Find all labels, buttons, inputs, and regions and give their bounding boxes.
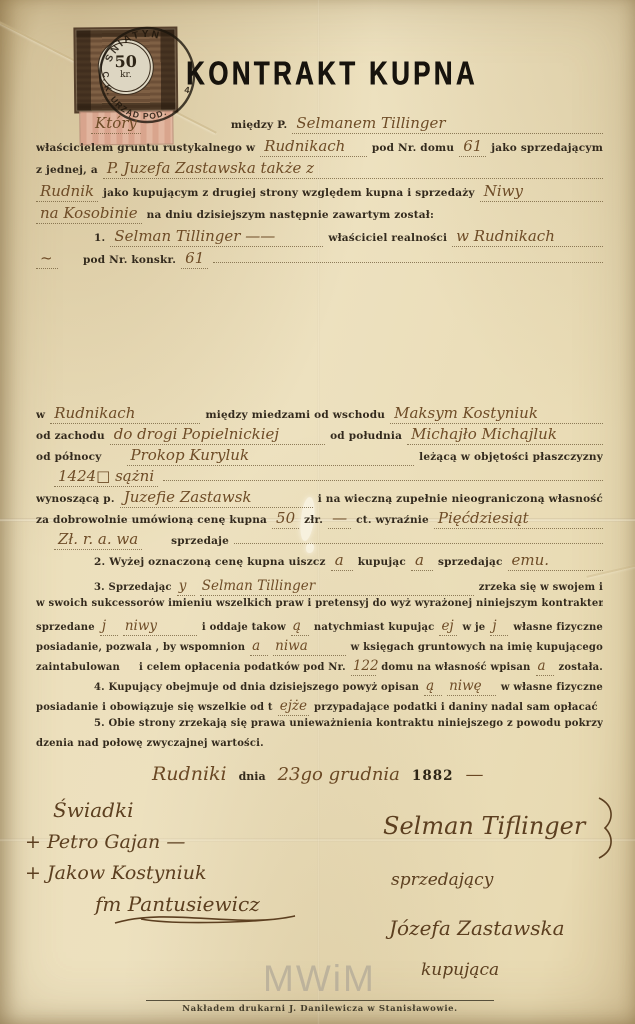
form-line: 2. Wyżej oznaczoną cenę kupna uiszczakup… [36,551,603,572]
witness-signature: + Petro Gajan — [25,831,303,853]
printed-form-text: na dniu dzisiejszym następnie zawartym z… [147,209,434,221]
printed-form-text: wynoszącą p. [36,493,115,505]
printed-form-text: 4. Kupujący obejmuje od dnia dzisiejszeg… [94,682,419,693]
handwritten-entry: niwy [123,618,197,636]
form-line: posiadanie, pozwala , by wspomnionaniwaw… [36,638,603,658]
clerk-signature: fm Pantusiewicz [95,892,303,928]
form-line: 4. Kupujący obejmuje od dnia dzisiejszeg… [36,678,603,698]
handwritten-entry: do drogi Popielnickiej [110,425,325,445]
printed-form-text: sprzedaje [171,535,229,547]
handwritten-entry: niwa [273,638,345,656]
printed-form-text: przypadające podatki i daniny nadal sam … [314,702,598,713]
handwritten-entry: Rudnik [36,182,98,202]
printed-form-text: w własne fizyczne [501,682,603,693]
handwritten-entry: Selmanem Tillinger [292,114,603,134]
handwritten-entry: a [536,658,554,676]
form-line: z jednej, aP. Juzefa Zastawska także z [36,159,603,182]
printed-form-text: i celem opłacenia podatków pod Nr. [139,662,346,673]
handwritten-entry [163,479,603,481]
handwritten-entry: P. Juzefa Zastawska także z [103,159,603,179]
printed-form-text: od zachodu [36,430,105,442]
printed-form-text: między miedzami od wschodu [205,409,385,421]
printed-form-text: w swoich sukcessorów imieniu wszelkich p… [36,598,603,609]
form-line: sprzedanejniwyi oddaje takowąnatychmiast… [36,618,603,638]
handwritten-entry: j [490,618,508,636]
printed-form-text: ct. wyraźnie [356,514,429,526]
handwritten-entry: Selman Tillinger —— [110,227,323,247]
handwritten-entry [234,542,603,544]
printed-form-text: 1. [94,232,105,244]
witnesses-header: Świadki [53,798,303,822]
dateline-date: 23go grudnia [278,764,400,785]
handwritten-entry: a [250,638,268,656]
form-line: wynoszącą p.Juzefie Zastawski na wieczną… [36,488,603,509]
handwritten-entry: 61 [459,137,486,157]
handwritten-entry: niwę [447,678,496,696]
form-line: wRudnikachmiędzy miedzami od wschoduMaks… [36,404,603,425]
dateline-place: Rudniki [152,763,227,785]
printed-form-text: sprzedając [438,556,503,568]
printed-form-text: między P. [231,119,287,131]
parcel-description-section: wRudnikachmiędzy miedzami od wschoduMaks… [36,404,603,572]
handwritten-entry: Selman Tillinger [200,578,474,596]
footer-rule [146,1000,494,1001]
printed-form-text: własne fizyczne [513,622,603,633]
handwritten-entry: w Rudnikach [452,227,603,247]
handwritten-entry: Rudnikach [50,404,200,424]
handwritten-entry: ej [439,618,457,636]
printed-form-text: pod Nr. konskr. [83,254,176,266]
form-line: od północyProkop Kurylukleżącą w objętoś… [36,446,603,467]
seller-signature-text: Selman Tiflinger [383,812,585,840]
form-line: dzenia nad połowę zwyczajnej wartości. [36,738,603,758]
printed-form-text: dzenia nad połowę zwyczajnej wartości. [36,738,264,749]
printed-form-text: kupując [358,556,406,568]
form-line: 5. Obie strony zrzekają się prawa uniewa… [36,718,603,738]
signature-brace-flourish [595,796,617,860]
handwritten-entry: 1424□ sążni [54,467,158,487]
dateline-dnia-label: dnia [239,770,266,783]
form-line: w swoich sukcessorów imieniu wszelkich p… [36,598,603,618]
handwritten-entry: ą [424,678,442,696]
handwritten-entry: ą [291,618,309,636]
handwritten-entry: Juzefie Zastawsk [120,488,313,508]
handwritten-entry: y [177,578,195,596]
printed-form-text: od południa [330,430,402,442]
form-line: Którymiędzy P.Selmanem Tillinger [36,114,603,137]
printed-form-text: została. [559,662,604,673]
buyer-role: kupująca [421,960,617,980]
form-line: ~pod Nr. konskr.61 [36,249,603,272]
printed-form-text: w je [462,622,485,633]
form-line: Zł. r. a. wasprzedaje [36,530,603,551]
dateline: Rudniki dnia 23go grudnia 1882 — [152,763,484,785]
handwritten-entry: emu. [508,551,603,571]
handwritten-entry: Zł. r. a. wa [54,530,142,550]
handwritten-entry: 50 [272,509,299,529]
printed-form-text: pod Nr. domu [372,142,454,154]
handwritten-entry: 122 [351,658,376,676]
handwritten-entry: Maksym Kostyniuk [390,404,603,424]
printed-form-text: od północy [36,451,102,463]
parties-signatures-block: Selman Tiflinger sprzedający Józefa Zast… [383,796,617,980]
handwritten-entry: 61 [181,249,208,269]
printed-form-text: złr. [304,514,323,526]
printed-form-text: w księgach gruntowych na imię kupującego [351,642,603,653]
seller-signature: Selman Tiflinger [383,796,617,860]
form-line: od zachodudo drogi Popielnickiejod połud… [36,425,603,446]
form-line: właścicielem gruntu rustykalnego wRudnik… [36,137,603,160]
printed-form-text: 2. Wyżej oznaczoną cenę kupna uiszcz [94,556,326,568]
intro-section: Którymiędzy P.Selmanem Tillingerwłaścici… [36,114,603,272]
handwritten-entry: Który [91,114,141,134]
form-line: zaintabulowani celem opłacenia podatków … [36,658,603,678]
printed-form-text: i na wieczną zupełnie nieograniczoną wła… [318,493,603,505]
printed-form-text: właścicielem gruntu rustykalnego w [36,142,255,154]
handwritten-entry: Niwy [480,182,603,202]
form-line: 1.Selman Tillinger ——właściciel realnośc… [36,227,603,250]
printed-form-text: zrzeka się w swojem i [479,582,603,593]
printed-form-text: 5. Obie strony zrzekają się prawa uniewa… [94,718,603,729]
document-title: KONTRAKT KUPNA [186,56,478,93]
printed-form-text: właściciel realności [328,232,447,244]
form-line: posiadanie i obowiązuje się wszelkie od … [36,698,603,718]
handwritten-entry: — [328,509,351,529]
handwritten-entry [213,261,603,263]
form-line: na Kosobiniena dniu dzisiejszym następni… [36,204,603,227]
printer-imprint: Nakładem drukarni J. Danilewicza w Stani… [146,1004,494,1014]
printed-form-text: z jednej, a [36,164,98,176]
archive-watermark: MWiM [263,958,376,1000]
dateline-year: 1882 [412,768,454,784]
form-line: Rudnikjako kupującym z drugiej strony wz… [36,182,603,205]
printed-form-text: jako kupującym z drugiej strony względem… [103,187,475,199]
printed-form-text: zaintabulowan [36,662,120,673]
printed-form-text: i oddaje takow [202,622,286,633]
handwritten-entry: ejże [278,698,309,716]
printed-form-text: 3. Sprzedając [94,582,172,593]
witness-signature: + Jakow Kostyniuk [25,862,303,884]
handwritten-entry: ~ [36,249,58,269]
handwritten-entry: a [331,551,353,571]
handwritten-entry: Prokop Kuryluk [127,446,415,466]
form-line: 3. SprzedającySelman Tillingerzrzeka się… [36,578,603,598]
buyer-signature: Józefa Zastawska [389,916,617,940]
clerk-signature-text: fm Pantusiewicz [95,892,260,916]
witnesses-block: Świadki + Petro Gajan — + Jakow Kostyniu… [25,798,303,928]
printed-form-text: jako sprzedającym [491,142,603,154]
form-line: 1424□ sążni [36,467,603,488]
dateline-dash: — [466,764,484,785]
handwritten-entry: a [411,551,433,571]
handwritten-entry: Michajło Michajluk [407,425,603,445]
handwritten-entry: Rudnikach [260,137,367,157]
printed-form-text: w [36,409,45,421]
handwritten-entry: na Kosobinie [36,204,142,224]
contract-clauses-section: 3. SprzedającySelman Tillingerzrzeka się… [36,578,603,758]
form-line: za dobrowolnie umówioną cenę kupna50złr.… [36,509,603,530]
printed-form-text: natychmiast kupując [314,622,435,633]
printed-form-text: leżącą w objętości płaszczyzny [419,451,603,463]
printed-form-text: posiadanie i obowiązuje się wszelkie od … [36,702,273,713]
handwritten-entry: j [100,618,118,636]
seller-role: sprzedający [391,870,617,890]
printed-form-text: domu na własność wpisan [381,662,530,673]
handwritten-entry: Pięćdziesiąt [434,509,603,529]
printed-form-text: sprzedane [36,622,95,633]
printed-form-text: posiadanie, pozwala , by wspomnion [36,642,245,653]
printed-form-text: za dobrowolnie umówioną cenę kupna [36,514,267,526]
